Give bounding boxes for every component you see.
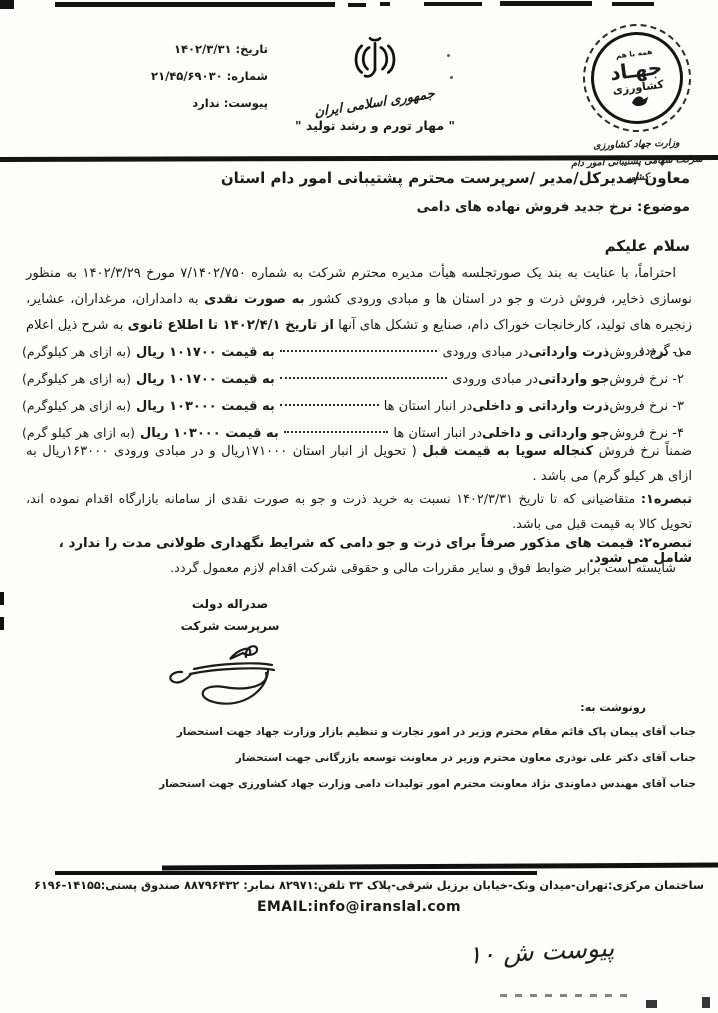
item-price: به قیمت ۱۰۳۰۰۰ ریال — [136, 399, 275, 414]
item-unit: (به ازای هر کیلوگرم) — [22, 344, 131, 359]
item-unit: (به ازای هر کیلو گرم) — [22, 425, 135, 440]
soy-bold: کنجاله سویا به قیمت قبل — [422, 444, 593, 459]
meta-number-value: ۲۱/۴۵/۶۹۰۳۰ — [151, 69, 223, 83]
scan-artifact-mark — [646, 1000, 657, 1008]
scan-artifact-mark — [0, 0, 14, 9]
meta-attachment: پیوست: ندارد — [96, 96, 268, 110]
dotted-leader — [280, 404, 379, 406]
soybean-note: ضمناً نرخ فروش کنجاله سویا به قیمت قبل (… — [26, 439, 692, 489]
item-commodity: جو وارداتی — [538, 372, 609, 387]
dotted-leader — [280, 377, 447, 379]
cc-block: رونوشت به: جناب آقای پیمان پاک قائم مقام… — [20, 701, 696, 797]
year-slogan: " مهار تورم و رشد تولید " — [282, 118, 468, 133]
intro-bold2: از تاریخ ۱۴۰۲/۴/۱ تا اطلاع ثانوی — [128, 318, 334, 333]
footer-rule-line — [162, 863, 718, 871]
item-rest: در انبار استان ها — [384, 399, 473, 414]
item-price: به قیمت ۱۰۱۷۰۰ ریال — [136, 345, 275, 360]
scan-artifact-mark — [612, 2, 654, 6]
scanned-letter-page: تاریخ: ۱۴۰۲/۳/۳۱ شماره: ۲۱/۴۵/۶۹۰۳۰ پیوس… — [0, 0, 718, 1013]
dotted-leader — [280, 350, 438, 352]
handwritten-dashes — [500, 994, 630, 997]
closing-line: شایسته است برابر ضوابط فوق و سایر مقررات… — [170, 561, 676, 576]
national-emblem-block: جمهوری اسلامی ایران — [298, 32, 452, 111]
stamp-mark-icon — [629, 92, 650, 106]
note2-label: تبصره۲: — [639, 536, 692, 551]
iran-emblem-icon — [350, 32, 400, 88]
scan-artifact-mark — [702, 997, 710, 1008]
addressee-line: معاون /مدیرکل/مدیر /سرپرست محترم پشتیبان… — [221, 169, 690, 187]
meta-number: شماره: ۲۱/۴۵/۶۹۰۳۰ — [96, 69, 268, 83]
scan-artifact-mark — [380, 2, 390, 6]
cc-line: جناب آقای مهندس دماوندی نژاد معاونت محتر… — [20, 771, 696, 797]
scan-artifact-mark — [55, 2, 335, 7]
scan-edge-tick — [0, 592, 4, 605]
item-lead: ۱- نرخ فروش — [609, 345, 684, 360]
handwritten-note: پیوست ش ۱۰ — [467, 931, 648, 969]
note1-label: تبصره۱: — [641, 492, 692, 507]
price-list-item: ۱- نرخ فروش ذرت وارداتی در مبادی ورودی ب… — [22, 344, 684, 371]
stamp-outer-ring: همه با هم جهـاد کشاورزی — [577, 18, 697, 138]
item-lead: ۲- نرخ فروش — [609, 372, 684, 387]
dotted-leader — [284, 431, 389, 433]
scan-edge-tick — [0, 617, 4, 630]
scan-artifact-mark — [424, 2, 482, 6]
cc-label: رونوشت به: — [20, 701, 646, 714]
greeting-line: سلام علیکم — [605, 237, 690, 255]
item-unit: (به ازای هر کیلوگرم) — [22, 371, 131, 386]
jahad-keshavarzi-stamp: همه با هم جهـاد کشاورزی — [586, 27, 689, 130]
intro-bold1: به صورت نقدی — [204, 292, 305, 307]
cc-line: جناب آقای پیمان پاک قائم مقام محترم وزیر… — [20, 719, 696, 745]
meta-date-label: تاریخ: — [236, 42, 268, 56]
note1-text: متقاضیانی که تا تاریخ ۱۴۰۲/۳/۳۱ نسبت به … — [26, 492, 692, 532]
soy-part1: ضمناً نرخ فروش — [593, 444, 692, 459]
item-commodity: ذرت وارداتی — [528, 345, 609, 360]
ministry-stamp-block: همه با هم جهـاد کشاورزی وزارت جهاد کشاور… — [562, 24, 712, 187]
item-commodity: ذرت وارداتی و داخلی — [472, 399, 609, 414]
letter-meta-block: تاریخ: ۱۴۰۲/۳/۳۱ شماره: ۲۱/۴۵/۶۹۰۳۰ پیوس… — [96, 42, 268, 123]
meta-attachment-value: ندارد — [192, 96, 219, 110]
item-rest: در مبادی ورودی — [442, 345, 528, 360]
signer-title: سرپرست شرکت — [148, 615, 312, 637]
cc-line: جناب آقای دکتر علی نوذری معاون محترم وزی… — [20, 745, 696, 771]
price-list: ۱- نرخ فروش ذرت وارداتی در مبادی ورودی ب… — [22, 344, 684, 452]
scan-artifact-mark — [500, 1, 592, 6]
signer-name: صدراله دولت — [148, 593, 312, 615]
meta-date-value: ۱۴۰۲/۳/۳۱ — [174, 42, 232, 56]
scan-artifact-mark — [348, 3, 366, 7]
meta-number-label: شماره: — [227, 69, 268, 83]
footer-rule-line — [55, 871, 537, 875]
note-1: تبصره۱: متقاضیانی که تا تاریخ ۱۴۰۲/۳/۳۱ … — [26, 487, 692, 537]
item-rest: در مبادی ورودی — [452, 372, 538, 387]
subject-line: موضوع: نرخ جدید فروش نهاده های دامی — [417, 199, 690, 215]
price-list-item: ۳- نرخ فروش ذرت وارداتی و داخلی در انبار… — [22, 398, 684, 425]
footer-address: ساختمان مرکزی:تهران-میدان ونک-خیابان برز… — [28, 879, 710, 892]
item-lead: ۳- نرخ فروش — [609, 399, 684, 414]
footer-email: EMAIL:info@iranslal.com — [0, 899, 718, 915]
emblem-caption: جمهوری اسلامی ایران — [315, 86, 436, 120]
price-list-item: ۲- نرخ فروش جو وارداتی در مبادی ورودی به… — [22, 371, 684, 398]
item-unit: (به ازای هر کیلوگرم) — [22, 398, 131, 413]
subject-text: نرخ جدید فروش نهاده های دامی — [417, 199, 637, 215]
subject-label: موضوع: — [637, 199, 690, 215]
meta-attachment-label: پیوست: — [224, 96, 268, 110]
meta-date: تاریخ: ۱۴۰۲/۳/۳۱ — [96, 42, 268, 56]
item-price: به قیمت ۱۰۱۷۰۰ ریال — [136, 372, 275, 387]
